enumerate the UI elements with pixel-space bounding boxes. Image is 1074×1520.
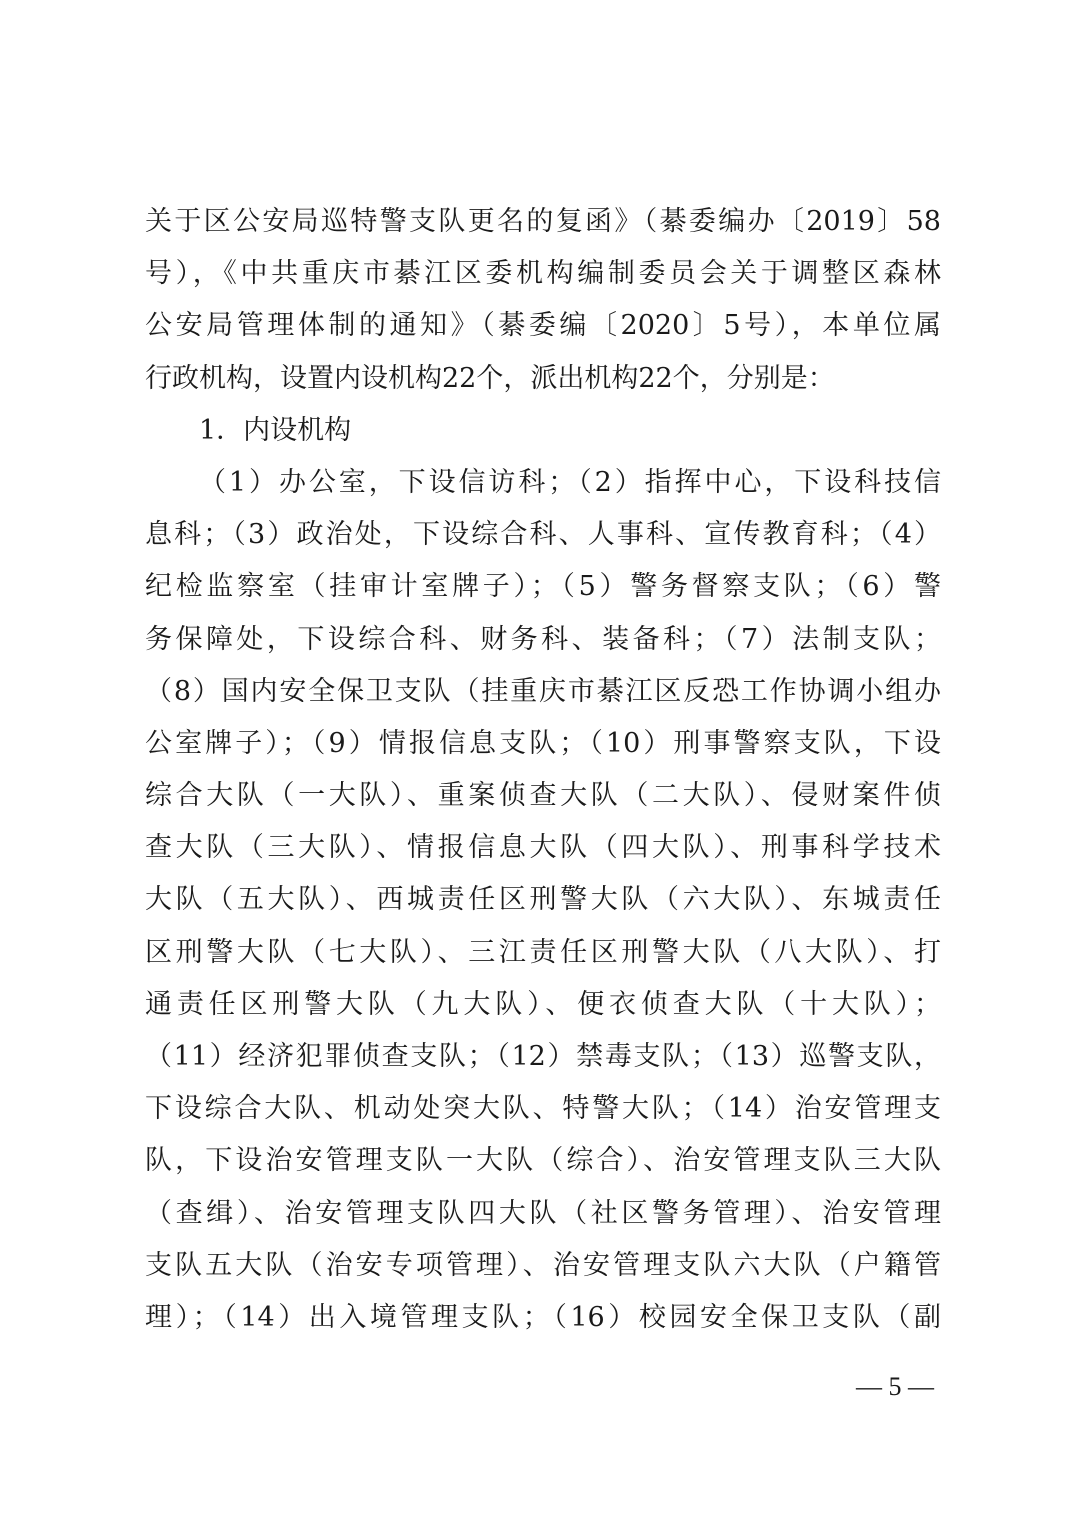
text-line: （11）经济犯罪侦查支队；（12）禁毒支队；（13）巡警支队， xyxy=(145,1031,941,1083)
text-line: 公安局管理体制的通知》（綦委编〔2020〕5号），本单位属 xyxy=(145,300,941,352)
text-line: 下设综合大队、机动处突大队、特警大队；（14）治安管理支 xyxy=(145,1083,941,1135)
document-page: 关于区公安局巡特警支队更名的复函》（綦委编办〔2019〕58 号），《中共重庆市… xyxy=(0,0,1074,1520)
text-line: 息科；（3）政治处，下设综合科、人事科、宣传教育科；（4） xyxy=(145,509,941,561)
body-text: 关于区公安局巡特警支队更名的复函》（綦委编办〔2019〕58 号），《中共重庆市… xyxy=(145,196,941,1344)
text-line: （1）办公室，下设信访科；（2）指挥中心，下设科技信 xyxy=(145,457,941,509)
page-number: — 5 — xyxy=(845,1372,945,1402)
text-line: 区刑警大队（七大队）、三江责任区刑警大队（八大队）、打 xyxy=(145,927,941,979)
text-line: 行政机构，设置内设机构22个，派出机构22个，分别是： xyxy=(145,353,941,405)
text-line: 队，下设治安管理支队一大队（综合）、治安管理支队三大队 xyxy=(145,1135,941,1187)
text-line: 务保障处，下设综合科、财务科、装备科；（7）法制支队； xyxy=(145,614,941,666)
text-line: 号），《中共重庆市綦江区委机构编制委员会关于调整区森林 xyxy=(145,248,941,300)
text-line: 查大队（三大队）、情报信息大队（四大队）、刑事科学技术 xyxy=(145,822,941,874)
text-line: 通责任区刑警大队（九大队）、便衣侦查大队（十大队）； xyxy=(145,979,941,1031)
text-line: 支队五大队（治安专项管理）、治安管理支队六大队（户籍管 xyxy=(145,1240,941,1292)
text-line: （查缉）、治安管理支队四大队（社区警务管理）、治安管理 xyxy=(145,1188,941,1240)
text-line: 关于区公安局巡特警支队更名的复函》（綦委编办〔2019〕58 xyxy=(145,196,941,248)
section-heading: 1．内设机构 xyxy=(145,405,941,457)
text-line: 公室牌子）；（9）情报信息支队；（10）刑事警察支队，下设 xyxy=(145,718,941,770)
text-line: 理）；（14）出入境管理支队；（16）校园安全保卫支队（副 xyxy=(145,1292,941,1344)
text-line: 纪检监察室（挂审计室牌子）；（5）警务督察支队；（6）警 xyxy=(145,561,941,613)
text-line: 大队（五大队）、西城责任区刑警大队（六大队）、东城责任 xyxy=(145,874,941,926)
text-line: 综合大队（一大队）、重案侦查大队（二大队）、侵财案件侦 xyxy=(145,770,941,822)
text-line: （8）国内安全保卫支队（挂重庆市綦江区反恐工作协调小组办 xyxy=(145,666,941,718)
